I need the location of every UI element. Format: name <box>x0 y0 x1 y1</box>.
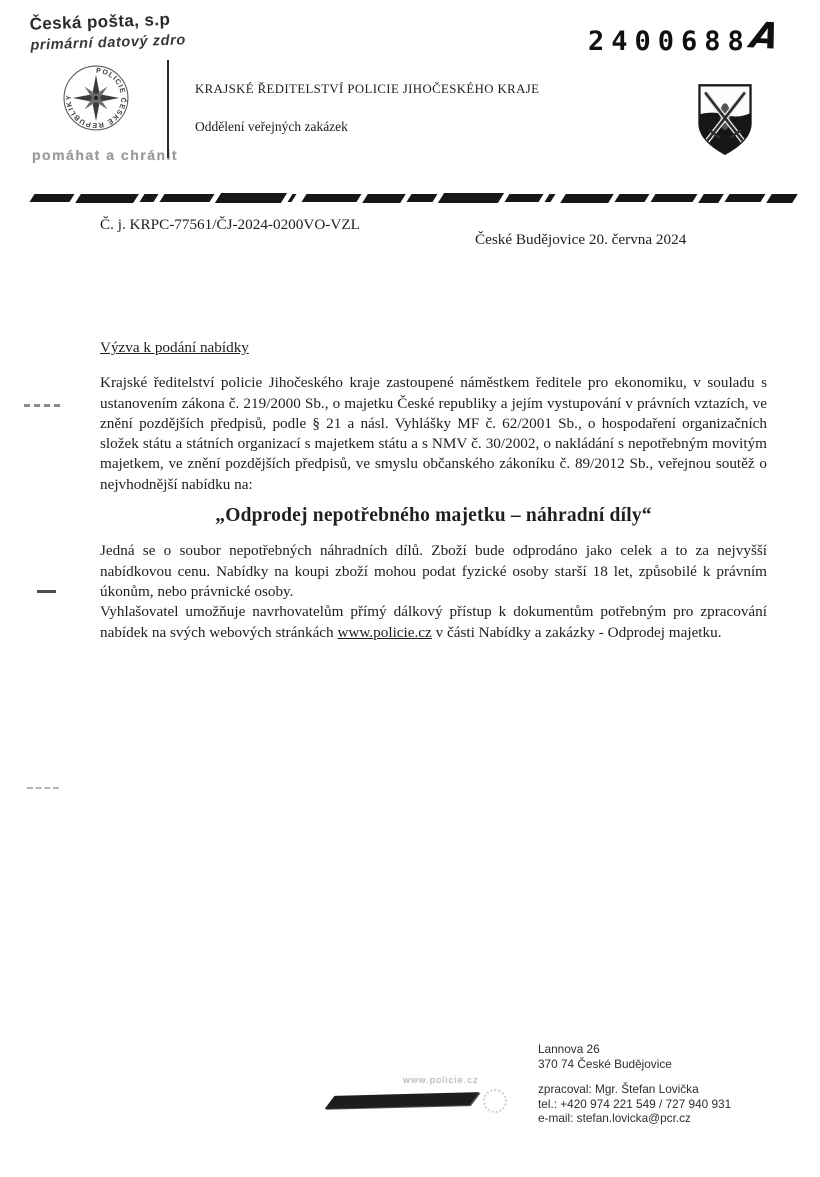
footer-email: e-mail: stefan.lovicka@pcr.cz <box>538 1111 731 1126</box>
body-paragraph-2: Jedná se o soubor nepotřebných náhradníc… <box>100 541 767 602</box>
organization-title: KRAJSKÉ ŘEDITELSTVÍ POLICIE JIHOČESKÉHO … <box>195 82 539 97</box>
website-url-text: www.policie.cz <box>337 624 431 641</box>
margin-mark <box>27 787 59 789</box>
ceska-posta-stamp-line2: primární datový zdro <box>30 32 186 53</box>
footer-processed-by: zpracoval: Mgr. Štefan Lovička <box>538 1082 731 1097</box>
body-paragraph-1: Krajské ředitelství policie Jihočeského … <box>100 373 767 495</box>
scan-divider-bar <box>32 189 792 203</box>
ink-smudge-bar <box>325 1092 480 1109</box>
organization-department: Oddělení veřejných zakázek <box>195 119 348 135</box>
file-reference-number: Č. j. KRPC-77561/ČJ-2024-0200VO-VZL <box>100 216 360 234</box>
stamp-smudge-circle <box>480 1086 511 1117</box>
faint-website-text: www.policie.cz <box>403 1075 479 1086</box>
footer-phone: tel.: +420 974 221 549 / 727 940 931 <box>538 1097 731 1112</box>
police-motto: pomáhat a chránit <box>32 147 178 163</box>
place-and-date: České Budějovice 20. června 2024 <box>475 231 686 249</box>
document-heading: Výzva k podání nabídky <box>100 338 767 358</box>
margin-mark <box>24 404 60 407</box>
scanned-document-page: Česká pošta, s.p primární datový zdro PO… <box>0 0 820 1177</box>
ceska-posta-stamp-line1: Česká pošta, s.p <box>29 9 185 34</box>
footer-contact-block: Lannova 26 370 74 České Budějovice zprac… <box>538 1042 731 1126</box>
paragraph-3-text-after: v části Nabídky a zakázky - Odprodej maj… <box>432 624 722 641</box>
coat-of-arms-icon <box>696 79 754 160</box>
registry-stamp-number: 2400688 <box>588 26 751 57</box>
footer-address-line2: 370 74 České Budějovice <box>538 1057 731 1072</box>
body-paragraph-3: Vyhlašovatel umožňuje navrhovatelům přím… <box>100 602 767 643</box>
tender-subject-title: „Odprodej nepotřebného majetku – náhradn… <box>100 506 767 526</box>
footer-address-line1: Lannova 26 <box>538 1042 731 1057</box>
police-seal-icon: POLICIE ČESKÉ REPUBLIKY <box>62 64 130 132</box>
handwritten-letter-a: A <box>747 15 783 57</box>
document-body: Výzva k podání nabídky Krajské ředitelst… <box>100 338 767 643</box>
ceska-posta-stamp: Česká pošta, s.p primární datový zdro <box>29 9 186 53</box>
letterhead-divider <box>167 60 169 158</box>
margin-mark <box>37 590 56 593</box>
